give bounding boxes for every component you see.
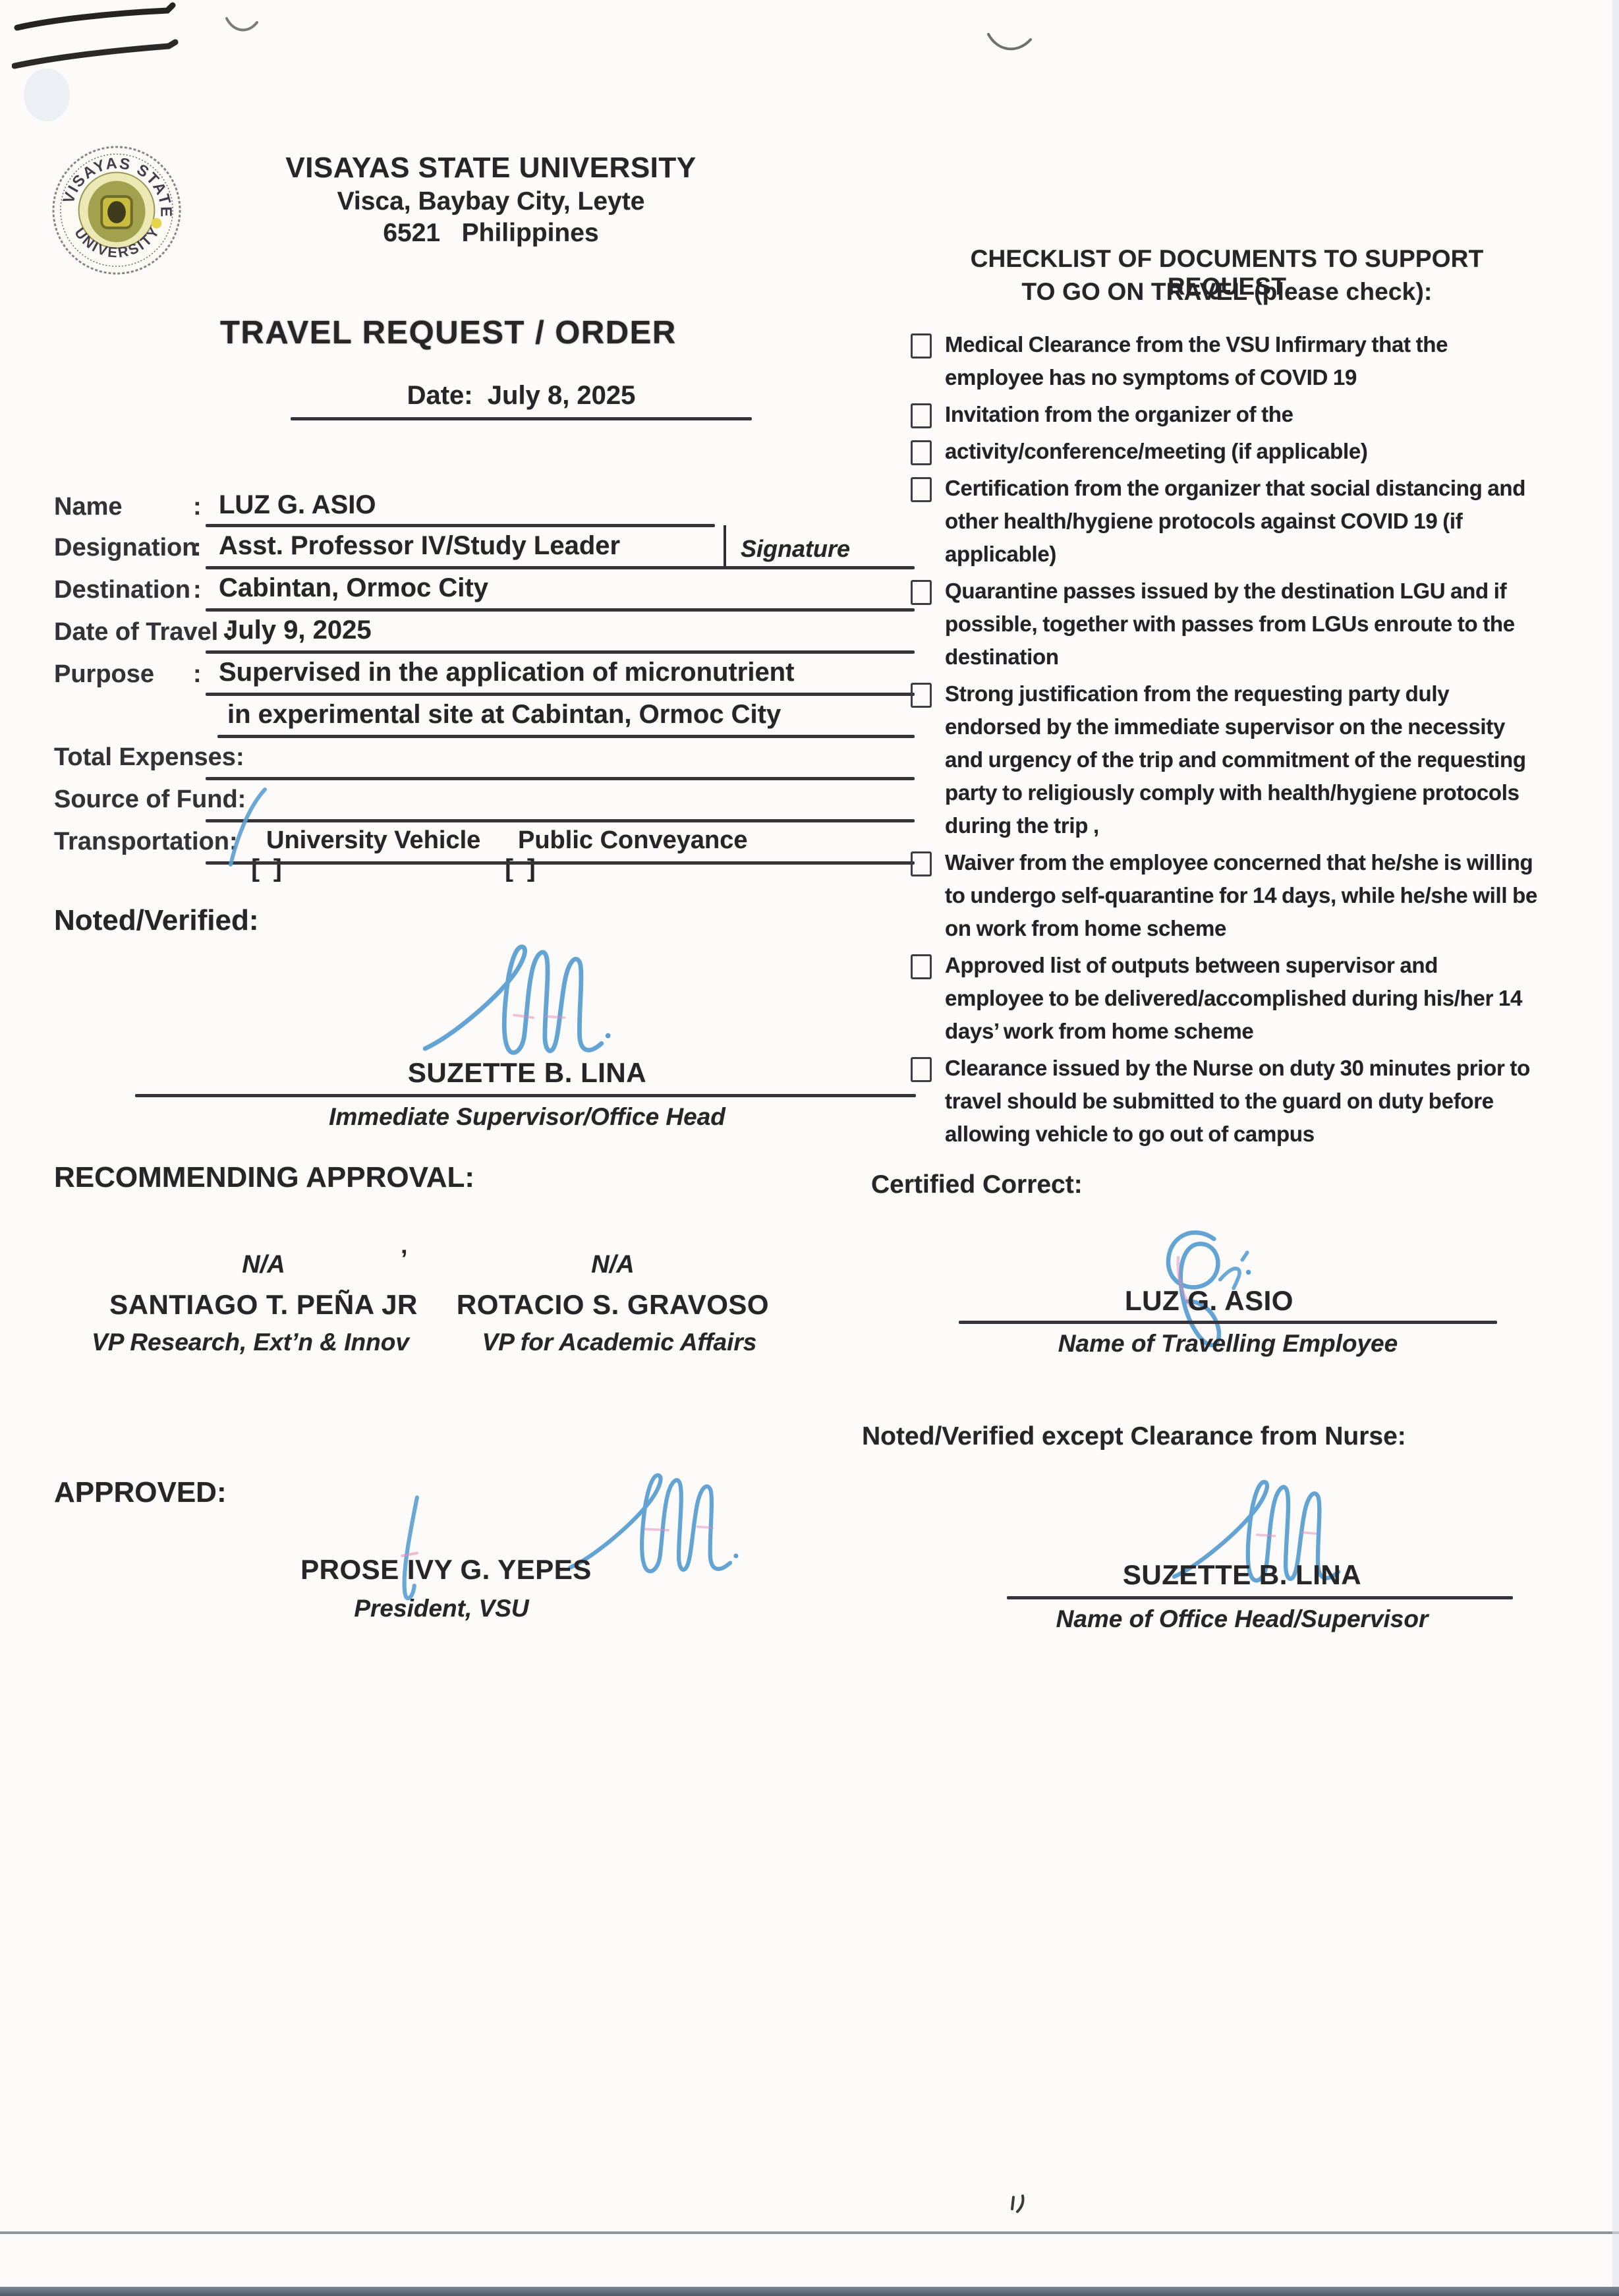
- source-of-fund-label: Source of Fund:: [54, 786, 246, 814]
- scan-edge-right: [1612, 0, 1619, 2296]
- checkbox-icon[interactable]: [911, 683, 932, 708]
- purpose-underline-1: [206, 693, 915, 696]
- name-underline: [206, 524, 715, 527]
- checklist-item: Clearance issued by the Nurse on duty 30…: [911, 1052, 1543, 1151]
- approved-title: President, VSU: [277, 1595, 606, 1622]
- purpose-value-line2[interactable]: in experimental site at Cabintan, Ormoc …: [227, 700, 781, 730]
- designation-label: Designation: [54, 534, 197, 562]
- noted-except-name: SUZETTE B. LINA: [959, 1559, 1525, 1591]
- checkbox-icon[interactable]: [911, 1057, 932, 1082]
- checkbox-icon[interactable]: [911, 477, 932, 502]
- destination-underline: [206, 608, 915, 612]
- transportation-underline: [206, 861, 915, 865]
- scan-mark-artifact: [223, 12, 262, 38]
- checklist-item: Medical Clearance from the VSU Infirmary…: [911, 328, 1543, 394]
- checklist-item-text: Quarantine passes issued by the destinat…: [945, 575, 1538, 674]
- date-underline: [291, 417, 752, 420]
- university-vehicle-label: University Vehicle: [266, 826, 480, 855]
- approved-signature-stroke: [389, 1491, 425, 1606]
- scan-scribble-artifact: [12, 1, 183, 80]
- checklist: Medical Clearance from the VSU Infirmary…: [911, 328, 1543, 1155]
- request-date: Date: July 8, 2025: [291, 381, 752, 411]
- university-name: VISAYAS STATE UNIVERSITY: [257, 152, 725, 185]
- recommending-left-na: N/A: [132, 1251, 395, 1279]
- purpose-colon: :: [193, 660, 202, 689]
- certified-correct-underline: [959, 1321, 1497, 1324]
- checklist-item-text: Approved list of outputs between supervi…: [945, 949, 1538, 1048]
- travel-request-form-page: VISAYAS STATE UNIVERSITY VISAYAS STATE U…: [0, 0, 1619, 2296]
- public-conveyance-label: Public Conveyance: [518, 826, 747, 855]
- checklist-item-text: Invitation from the organizer of the: [945, 398, 1538, 431]
- noted-verified-name: SUZETTE B. LINA: [198, 1057, 857, 1089]
- checklist-item-text: Waiver from the employee concerned that …: [945, 846, 1538, 945]
- noted-verified-underline: [135, 1094, 916, 1097]
- checklist-item: Waiver from the employee concerned that …: [911, 846, 1543, 945]
- noted-except-label: Noted/Verified except Clearance from Nur…: [862, 1422, 1406, 1451]
- purpose-underline-2: [217, 735, 915, 738]
- checklist-item: activity/conference/meeting (if applicab…: [911, 435, 1543, 468]
- checklist-item: Invitation from the organizer of the: [911, 398, 1543, 431]
- noted-verified-title: Immediate Supervisor/Office Head: [198, 1103, 857, 1131]
- checklist-title-line2: TO GO ON TRAVEL (please check):: [911, 278, 1543, 306]
- checklist-item-text: Strong justification from the requesting…: [945, 677, 1538, 842]
- date-of-travel-underline: [206, 650, 915, 654]
- total-expenses-label: Total Expenses:: [54, 743, 244, 772]
- public-conveyance-brackets[interactable]: [ ]: [505, 855, 535, 882]
- checkbox-icon[interactable]: [911, 954, 932, 979]
- designation-colon: :: [193, 534, 202, 562]
- scan-smudge-artifact: [24, 69, 70, 121]
- checklist-item: Quarantine passes issued by the destinat…: [911, 575, 1543, 674]
- recommending-right-na: N/A: [481, 1251, 745, 1279]
- signature-label: Signature: [741, 535, 850, 563]
- checkbox-icon[interactable]: [911, 403, 932, 428]
- checklist-item-text: Certification from the organizer that so…: [945, 472, 1538, 571]
- recommending-left-name: SANTIAGO T. PEÑA JR: [79, 1289, 448, 1321]
- checkbox-icon[interactable]: [911, 851, 932, 876]
- noted-except-title: Name of Office Head/Supervisor: [959, 1605, 1525, 1633]
- recommending-right-name: ROTACIO S. GRAVOSO: [448, 1289, 778, 1321]
- signature-cell-divider: [724, 525, 726, 567]
- total-expenses-underline: [206, 777, 915, 780]
- date-of-travel-label: Date of Travel :: [54, 618, 233, 646]
- checklist-item: Certification from the organizer that so…: [911, 472, 1543, 571]
- name-value[interactable]: LUZ G. ASIO: [219, 490, 376, 520]
- destination-label: Destination: [54, 576, 190, 604]
- name-colon: :: [193, 493, 202, 521]
- destination-colon: :: [193, 576, 202, 604]
- checklist-item: Approved list of outputs between supervi…: [911, 949, 1543, 1048]
- scan-edge-bottom: [0, 2287, 1619, 2296]
- destination-value[interactable]: Cabintan, Ormoc City: [219, 573, 488, 603]
- recommending-approval-label: RECOMMENDING APPROVAL:: [54, 1161, 474, 1194]
- university-address: Visca, Baybay City, Leyte: [257, 187, 725, 216]
- recommending-left-title: VP Research, Ext’n & Innov: [66, 1329, 435, 1356]
- noted-except-underline: [1007, 1596, 1513, 1599]
- purpose-value-line1[interactable]: Supervised in the application of micronu…: [219, 658, 794, 687]
- source-of-fund-underline: [206, 819, 915, 822]
- approved-label: APPROVED:: [54, 1476, 227, 1509]
- date-of-travel-value[interactable]: July 9, 2025: [223, 616, 372, 645]
- scan-mark-artifact: [983, 26, 1036, 59]
- certified-correct-title: Name of Travelling Employee: [959, 1330, 1497, 1358]
- certified-correct-name: LUZ G. ASIO: [959, 1285, 1460, 1317]
- checklist-item-text: Medical Clearance from the VSU Infirmary…: [945, 328, 1538, 394]
- checkbox-icon[interactable]: [911, 440, 932, 465]
- scan-tick-artifact: [1007, 2192, 1033, 2218]
- name-label: Name: [54, 493, 123, 521]
- designation-value[interactable]: Asst. Professor IV/Study Leader: [219, 531, 620, 561]
- approved-name: PROSE IVY G. YEPES: [248, 1554, 644, 1586]
- designation-underline: [206, 566, 915, 569]
- university-postal: 6521 Philippines: [257, 219, 725, 248]
- scan-line-artifact: [0, 2231, 1619, 2234]
- university-vehicle-checkmark: [221, 784, 274, 870]
- checkbox-icon[interactable]: [911, 580, 932, 605]
- apostrophe-artifact: ’: [401, 1246, 408, 1274]
- transportation-label: Transportation:: [54, 828, 238, 856]
- checklist-item-text: activity/conference/meeting (if applicab…: [945, 435, 1538, 468]
- checklist-item-text: Clearance issued by the Nurse on duty 30…: [945, 1052, 1538, 1151]
- purpose-label: Purpose: [54, 660, 154, 689]
- university-seal-logo: VISAYAS STATE UNIVERSITY: [51, 145, 182, 275]
- recommending-right-title: VP for Academic Affairs: [461, 1329, 778, 1356]
- certified-correct-label: Certified Correct:: [871, 1170, 1083, 1199]
- checklist-item: Strong justification from the requesting…: [911, 677, 1543, 842]
- checkbox-icon[interactable]: [911, 333, 932, 359]
- document-title: TRAVEL REQUEST / ORDER: [220, 314, 677, 351]
- noted-verified-label: Noted/Verified:: [54, 904, 259, 937]
